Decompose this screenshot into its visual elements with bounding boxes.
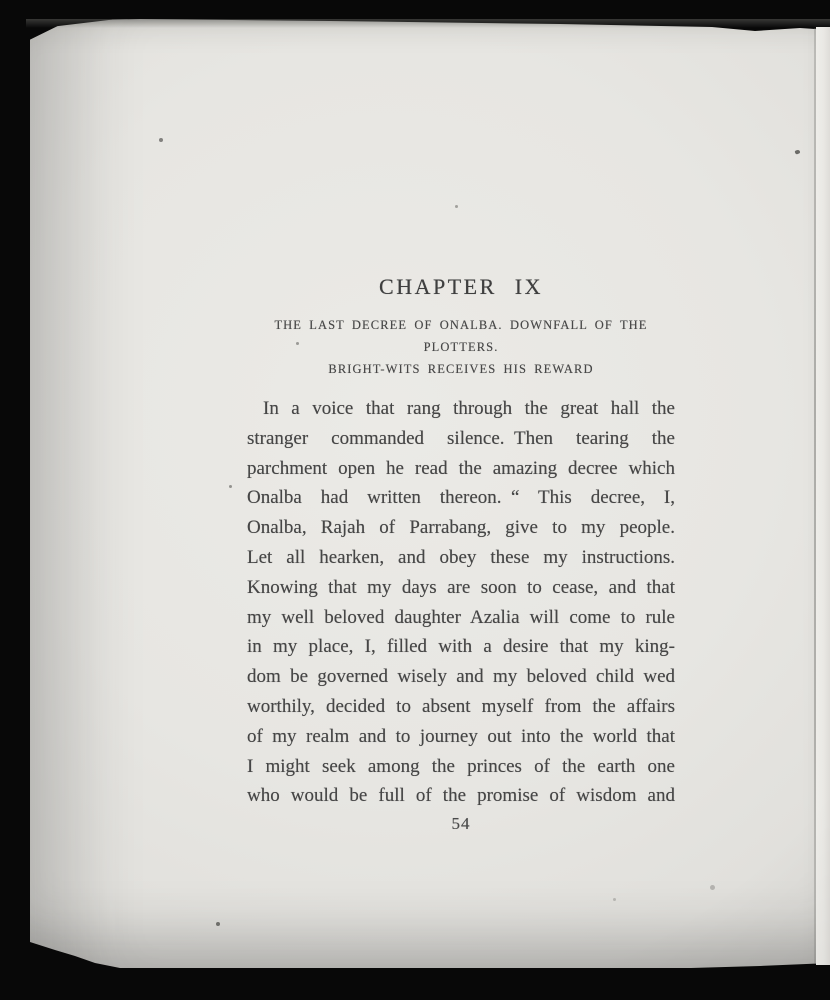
subtitle-line-2: BRIGHT-WITS RECEIVES HIS REWARD (247, 358, 675, 380)
scan-speck (710, 885, 715, 890)
text-line: parchment open he read the amazing decre… (247, 454, 675, 484)
scan-speck (159, 138, 163, 142)
text-line: Onalba had written thereon. “ This decre… (247, 483, 675, 513)
text-line: worthily, decided to absent myself from … (247, 692, 675, 722)
scan-speck (455, 205, 458, 208)
text-line: stranger commanded silence. Then tearing… (247, 424, 675, 454)
subtitle-line-1: THE LAST DECREE OF ONALBA. DOWNFALL OF T… (247, 314, 675, 358)
text-line: Let all hearken, and obey these my instr… (247, 543, 675, 573)
scan-speck (216, 922, 220, 926)
text-line: my well beloved daughter Azalia will com… (247, 603, 675, 633)
body-paragraph: In a voice that rang through the great h… (247, 394, 675, 811)
scan-speck (296, 342, 299, 345)
text-line: I might seek among the princes of the ea… (247, 752, 675, 782)
text-line: In a voice that rang through the great h… (247, 394, 675, 424)
background-left-band (0, 0, 30, 1000)
page-number: 54 (247, 814, 675, 834)
printed-text-block: CHAPTER IX THE LAST DECREE OF ONALBA. DO… (247, 276, 675, 834)
scan-speck (613, 898, 616, 901)
text-line: Onalba, Rajah of Parrabang, give to my p… (247, 513, 675, 543)
scan-speck (229, 485, 232, 488)
text-line: dom be governed wisely and my beloved ch… (247, 662, 675, 692)
text-line: of my realm and to journey out into the … (247, 722, 675, 752)
scanned-book-photo: CHAPTER IX THE LAST DECREE OF ONALBA. DO… (0, 0, 830, 1000)
text-line: in my place, I, filled with a desire tha… (247, 632, 675, 662)
text-line: Knowing that my days are soon to cease, … (247, 573, 675, 603)
chapter-heading: CHAPTER IX (247, 276, 675, 298)
page-crease (814, 28, 816, 964)
page-top-shadow (26, 19, 830, 28)
next-page-sliver (816, 27, 830, 965)
chapter-subtitle: THE LAST DECREE OF ONALBA. DOWNFALL OF T… (247, 314, 675, 380)
text-line: who would be full of the promise of wisd… (247, 781, 675, 811)
